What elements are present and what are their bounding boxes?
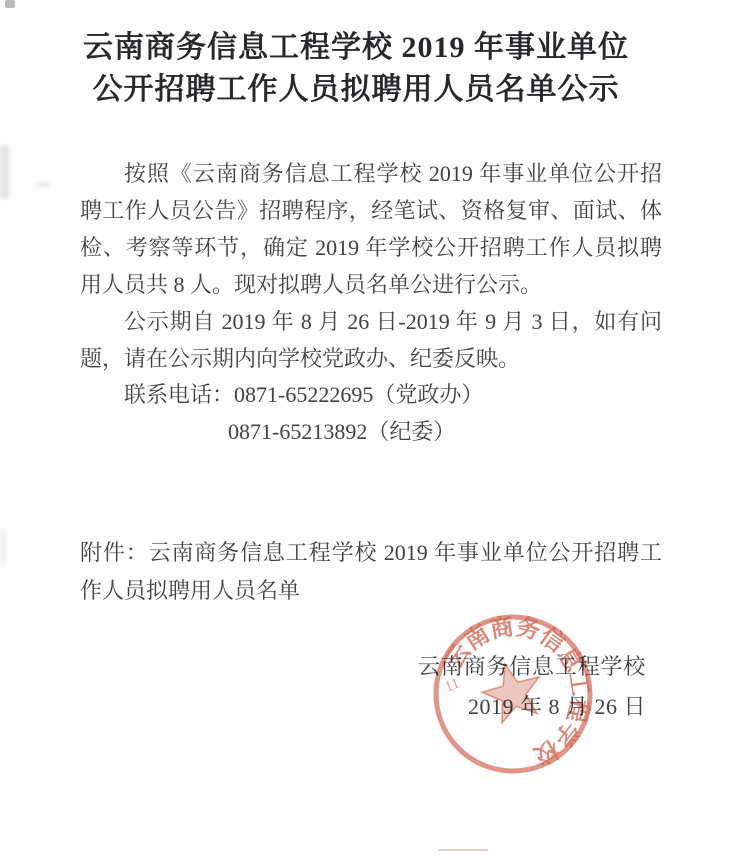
scan-artifact <box>36 182 50 187</box>
scanned-notice-page: 云南商务信息工程学校 2019 年事业单位 公开招聘工作人员拟聘用人员名单公示 … <box>0 0 739 856</box>
official-seal: 云南商务信息工程学校 11 <box>428 609 598 779</box>
scan-artifact <box>5 0 15 8</box>
paragraph-procedure: 按照《云南商务信息工程学校 2019 年事业单位公开招聘工作人员公告》招聘程序，… <box>80 156 662 304</box>
page-title-line-1: 云南商务信息工程学校 2019 年事业单位 <box>0 27 712 69</box>
scan-artifact <box>0 146 9 198</box>
seal-star-icon <box>476 656 548 725</box>
scan-artifact <box>0 530 6 564</box>
contact-phone-line-1: 联系电话：0871-65222695（党政办） <box>80 377 662 414</box>
paragraph-publicity-period: 公示期自 2019 年 8 月 26 日-2019 年 9 月 3 日，如有问题… <box>80 304 662 378</box>
seal-code-fragment: 11 <box>443 675 462 695</box>
attachment-line: 附件：云南商务信息工程学校 2019 年事业单位公开招聘工作人员拟聘用人员名单 <box>80 534 662 609</box>
page-title-line-2: 公开招聘工作人员拟聘用人员名单公示 <box>0 69 712 111</box>
notice-body: 按照《云南商务信息工程学校 2019 年事业单位公开招聘工作人员公告》招聘程序，… <box>80 156 662 451</box>
page-title: 云南商务信息工程学校 2019 年事业单位 公开招聘工作人员拟聘用人员名单公示 <box>0 27 712 111</box>
contact-phone-line-2: 0871-65213892（纪委） <box>228 414 662 451</box>
scan-artifact <box>438 849 488 851</box>
